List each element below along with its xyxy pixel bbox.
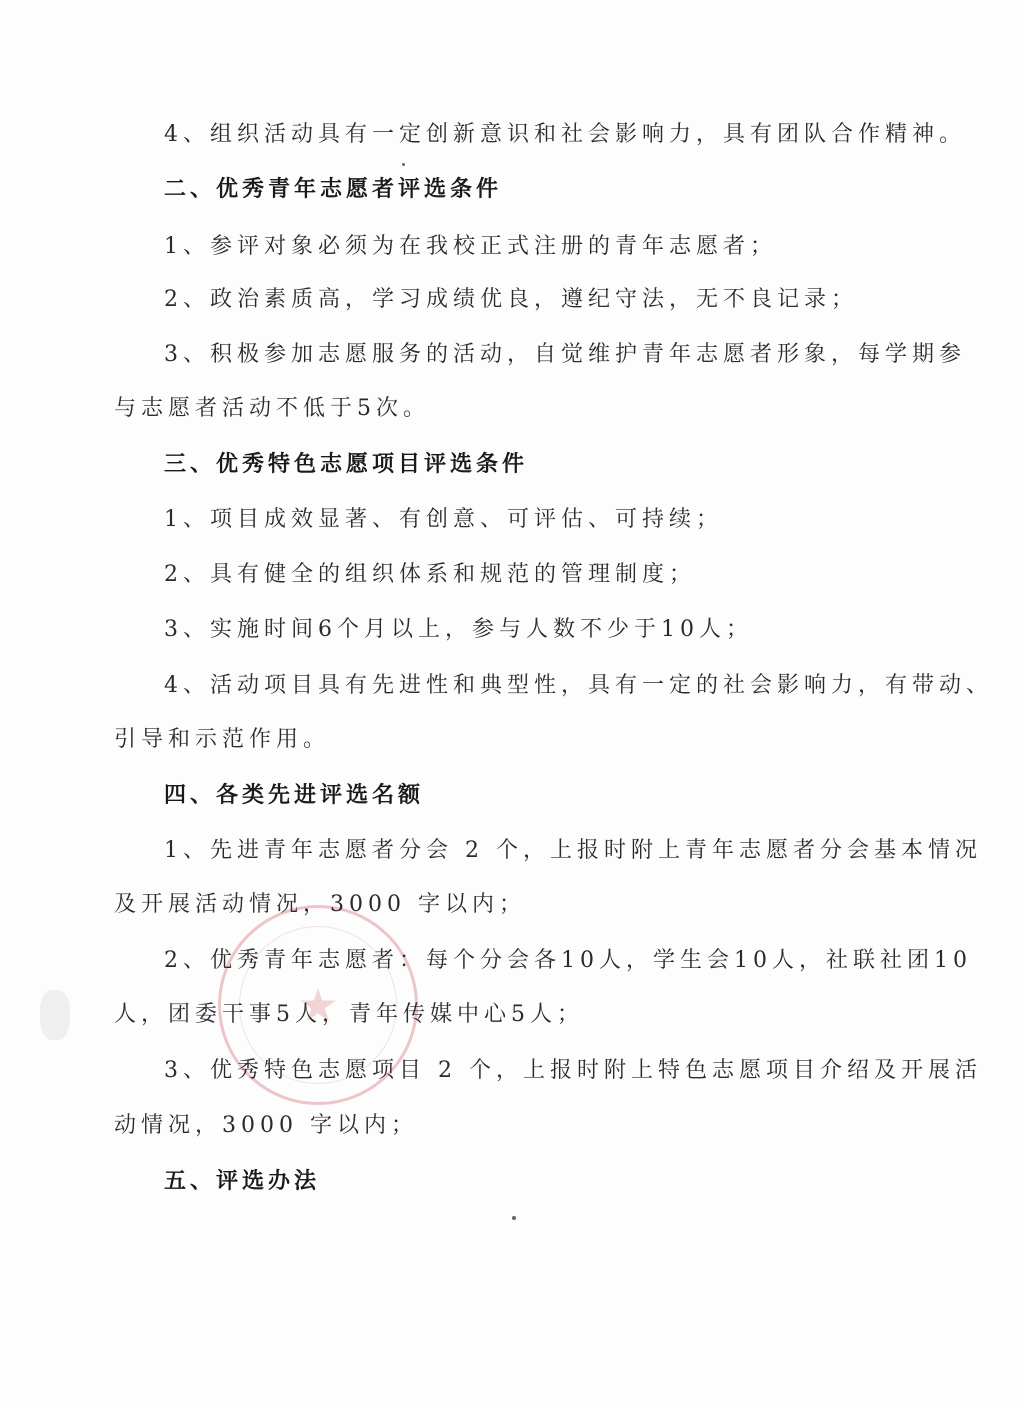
section-heading-5: 五、评选办法: [164, 1166, 320, 1196]
quota-item-1: 1、先进青年志愿者分会 2 个，上报时附上青年志愿者分会基本情况: [164, 836, 982, 866]
volunteer-criteria-item-3: 3、积极参加志愿服务的活动，自觉维护青年志愿者形象，每学期参: [164, 340, 966, 370]
project-criteria-item-2: 2、具有健全的组织体系和规范的管理制度；: [164, 560, 696, 590]
volunteer-criteria-item-2: 2、政治素质高，学习成绩优良，遵纪守法，无不良记录；: [164, 285, 858, 315]
quota-item-2-cont: 人，团委干事5人，青年传媒中心5人；: [114, 1000, 584, 1030]
quota-item-3-cont: 动情况，3000 字以内；: [114, 1111, 418, 1141]
quota-item-3: 3、优秀特色志愿项目 2 个，上报时附上特色志愿项目介绍及开展活: [164, 1056, 982, 1086]
volunteer-criteria-item-3-cont: 与志愿者活动不低于5次。: [114, 394, 430, 424]
scanned-document-page: ★ 4、组织活动具有一定创新意识和社会影响力，具有团队合作精神。 二、优秀青年志…: [0, 0, 1024, 1408]
project-criteria-item-4-cont: 引导和示范作用。: [114, 725, 330, 755]
criteria-item-4: 4、组织活动具有一定创新意识和社会影响力，具有团队合作精神。: [164, 120, 966, 150]
project-criteria-item-3: 3、实施时间6个月以上，参与人数不少于10人；: [164, 615, 753, 645]
scan-smudge: [40, 990, 70, 1040]
section-heading-2: 二、优秀青年志愿者评选条件: [164, 174, 502, 204]
project-criteria-item-1: 1、项目成效显著、有创意、可评估、可持续；: [164, 505, 723, 535]
quota-item-1-cont: 及开展活动情况，3000 字以内；: [114, 890, 526, 920]
scan-speck: [402, 163, 405, 166]
volunteer-criteria-item-1: 1、参评对象必须为在我校正式注册的青年志愿者；: [164, 232, 777, 262]
quota-item-2: 2、优秀青年志愿者：每个分会各10人，学生会10人，社联社团10: [164, 946, 972, 976]
section-heading-4: 四、各类先进评选名额: [164, 780, 424, 810]
project-criteria-item-4: 4、活动项目具有先进性和典型性，具有一定的社会影响力，有带动、: [164, 671, 993, 701]
scan-speck: [512, 1216, 516, 1220]
section-heading-3: 三、优秀特色志愿项目评选条件: [164, 449, 528, 479]
